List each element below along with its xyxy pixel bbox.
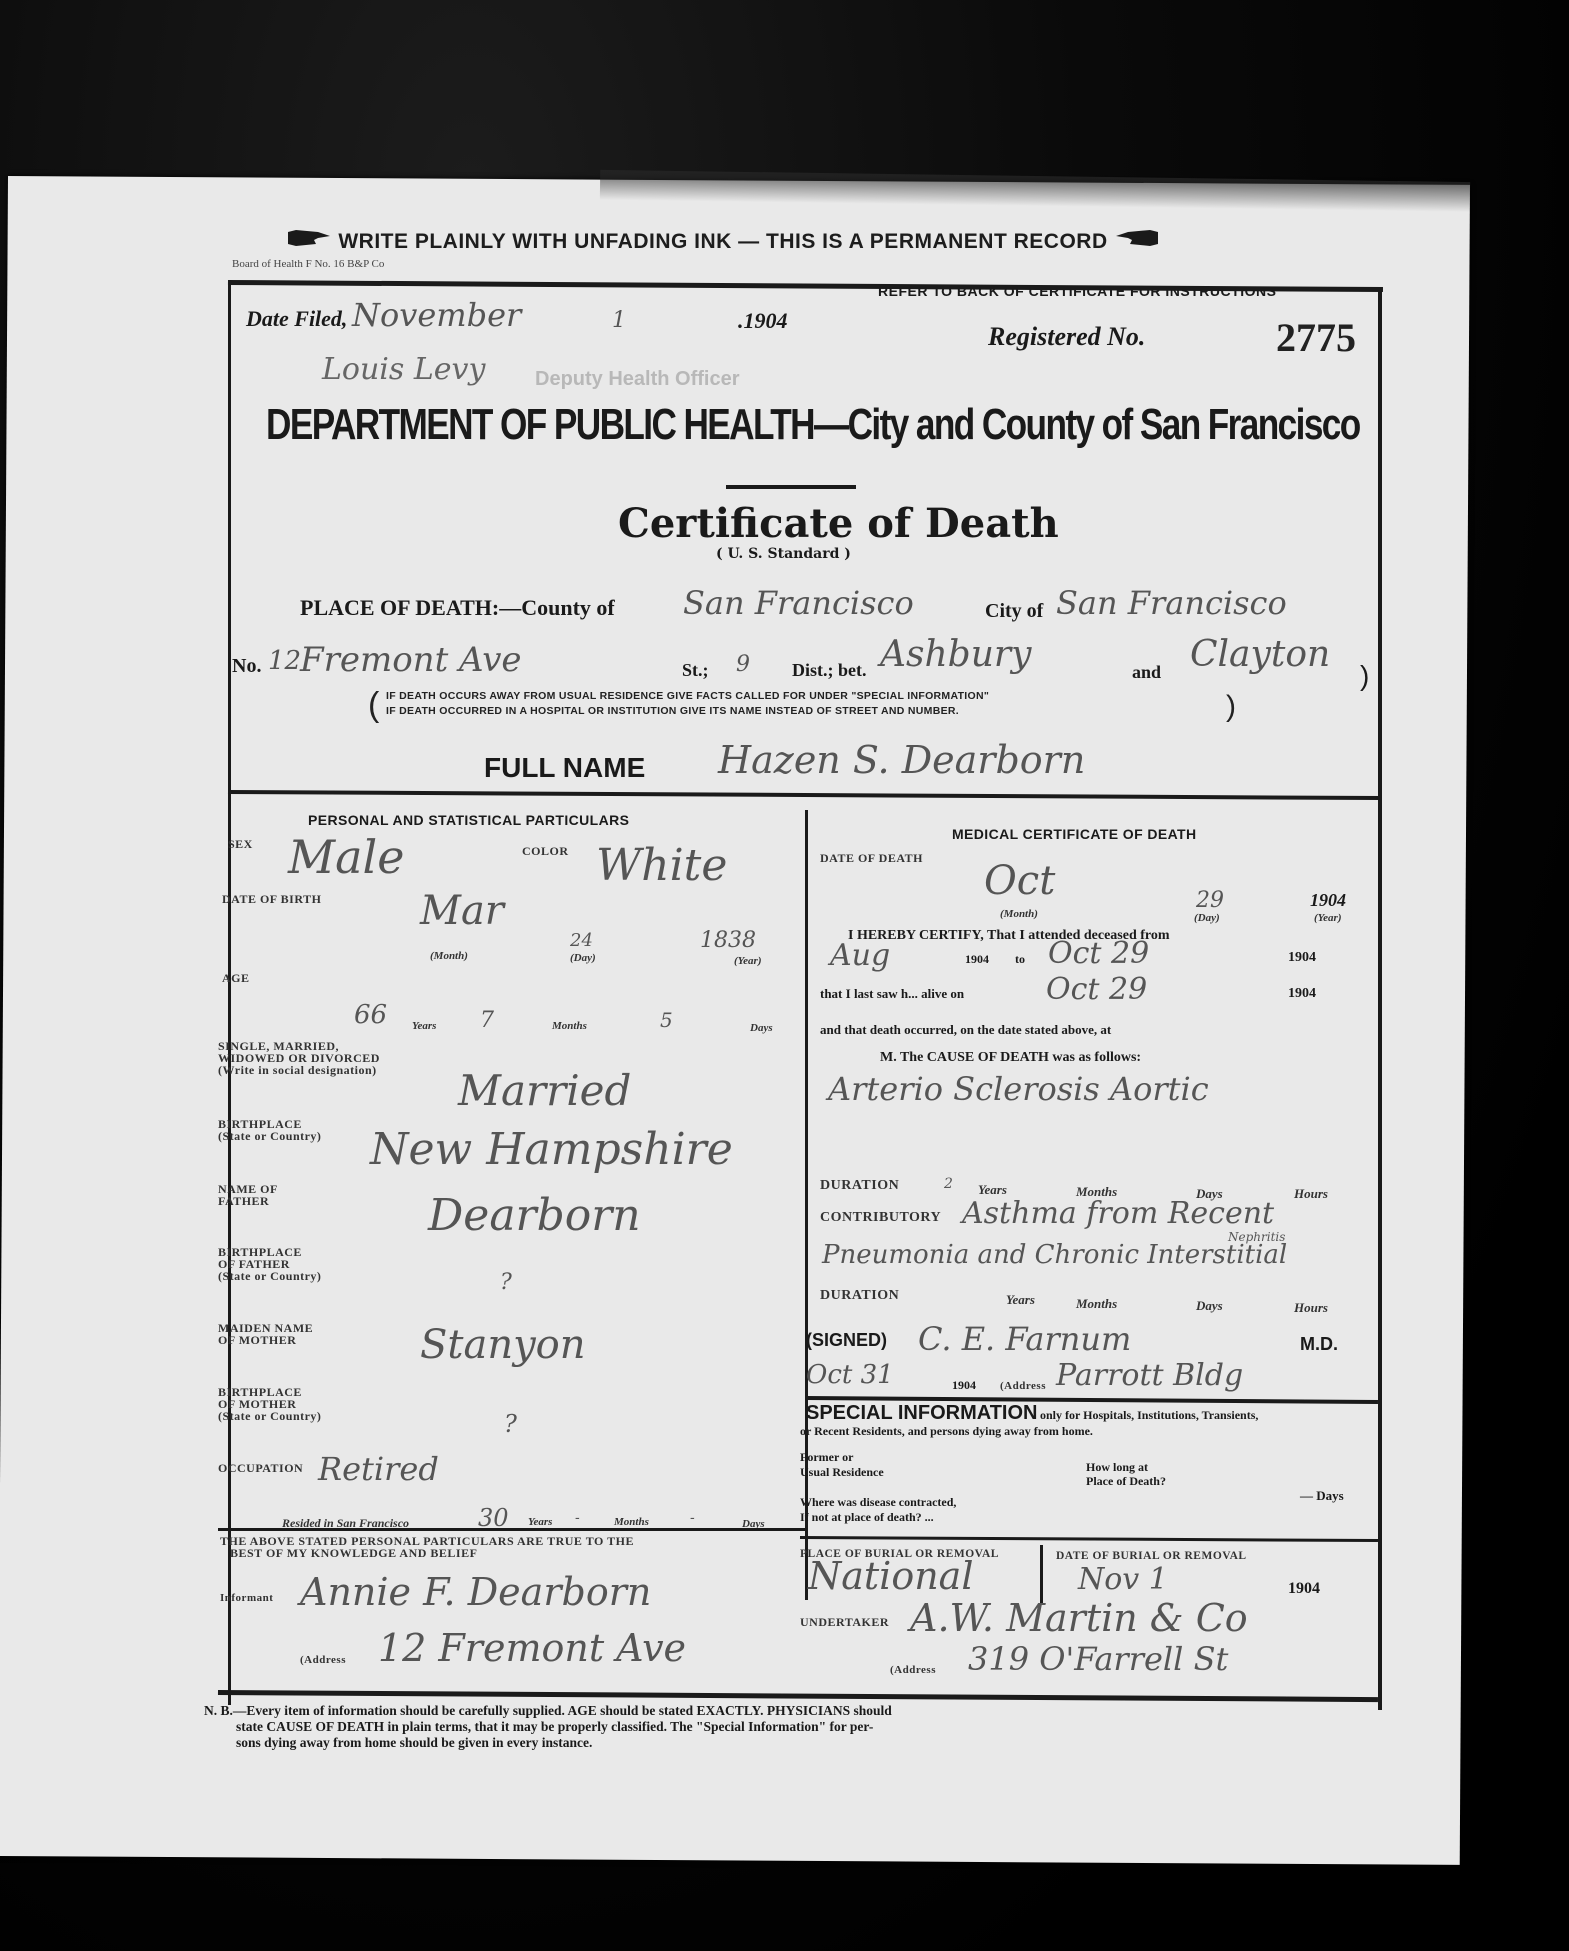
- informant-value: Annie F. Dearborn: [300, 1570, 651, 1614]
- age-label: AGE: [222, 972, 250, 984]
- street-name: Fremont Ave: [300, 640, 522, 680]
- date-filed-day: 1: [612, 308, 626, 333]
- former-label-2: Usual Residence: [800, 1465, 884, 1480]
- burial-date: Nov 1: [1078, 1562, 1168, 1597]
- occupation-label: OCCUPATION: [218, 1462, 303, 1474]
- street-number: 12: [268, 646, 301, 676]
- marital-value: Married: [458, 1066, 631, 1115]
- attended-from: Aug: [830, 938, 890, 973]
- contributory-label: CONTRIBUTORY: [820, 1212, 941, 1224]
- special-note-1: only for Hospitals, Institutions, Transi…: [1040, 1408, 1258, 1423]
- attended-to-year: 1904: [1288, 950, 1316, 966]
- undertaker-address-label: (Address: [890, 1664, 936, 1676]
- to-label: to: [1015, 952, 1025, 967]
- sex-value: Male: [288, 830, 404, 884]
- and-label: and: [1132, 662, 1161, 683]
- between-street-1: Ashbury: [880, 634, 1031, 675]
- place-of-death-label: PLACE OF DEATH:—County of: [300, 595, 615, 621]
- dod-label: DATE OF DEATH: [820, 852, 923, 864]
- informant-address-label: (Address: [300, 1654, 346, 1666]
- contracted-label-1: Where was disease contracted,: [800, 1495, 956, 1510]
- department-title: DEPARTMENT OF PUBLIC HEALTH—City and Cou…: [266, 400, 1306, 450]
- dist-label: Dist.; bet.: [792, 660, 867, 681]
- st-label: St.;: [682, 660, 709, 681]
- footer-line-1: N. B.—Every item of information should b…: [204, 1703, 892, 1719]
- color-value: White: [596, 840, 727, 891]
- date-filed-label: Date Filed,: [246, 306, 347, 332]
- md-label: M.D.: [1300, 1334, 1338, 1355]
- last-saw-year: 1904: [1288, 986, 1316, 1002]
- birthplace-value: New Hampshire: [370, 1124, 733, 1175]
- ward-value: 9: [736, 652, 750, 677]
- banner-text: WRITE PLAINLY WITH UNFADING INK — THIS I…: [338, 230, 1107, 253]
- age-months-caption: Months: [552, 1020, 587, 1032]
- resided-days: -: [690, 1510, 695, 1526]
- physician-address: Parrott Bldg: [1056, 1358, 1243, 1393]
- how-long-label-1: How long at: [1086, 1460, 1148, 1475]
- occupation-value: Retired: [318, 1450, 439, 1488]
- contributory-line-2: Pneumonia and Chronic Interstitial: [822, 1240, 1287, 1270]
- special-heading: SPECIAL INFORMATION: [806, 1402, 1037, 1425]
- informant-address: 12 Fremont Ave: [378, 1626, 686, 1670]
- footer-line-3: sons dying away from home should be give…: [236, 1735, 592, 1751]
- burial-year: 1904: [1288, 1580, 1320, 1598]
- full-name-value: Hazen S. Dearborn: [718, 738, 1085, 782]
- date-filed-month: November: [352, 296, 521, 334]
- medical-heading: MEDICAL CERTIFICATE OF DEATH: [952, 826, 1197, 842]
- city-value: San Francisco: [1056, 584, 1287, 622]
- former-label-1: Former or: [800, 1450, 853, 1465]
- duration2-months-caption: Months: [1076, 1296, 1117, 1312]
- dob-day-caption: (Day): [570, 952, 596, 964]
- officer-signature: Louis Levy: [322, 352, 485, 387]
- dob-year-caption: (Year): [734, 955, 762, 967]
- signed-physician: C. E. Farnum: [918, 1320, 1131, 1358]
- cause-text: M. The CAUSE OF DEATH was as follows:: [880, 1050, 1141, 1066]
- dob-label: DATE OF BIRTH: [222, 893, 321, 905]
- special-note-2: or Recent Residents, and persons dying a…: [800, 1424, 1093, 1439]
- certificate-title: Certificate of Death: [618, 500, 1059, 547]
- resided-years-caption: Years: [528, 1516, 552, 1528]
- duration2-days-caption: Days: [1196, 1298, 1223, 1314]
- color-label: COLOR: [522, 845, 569, 857]
- personal-heading: PERSONAL AND STATISTICAL PARTICULARS: [308, 812, 629, 828]
- banner-line: WRITE PLAINLY WITH UNFADING INK — THIS I…: [288, 228, 1158, 254]
- attended-to: Oct 29: [1048, 936, 1149, 971]
- burial-date-divider: [1040, 1545, 1043, 1603]
- paren-close-note: ): [1226, 690, 1236, 724]
- physician-address-label: (Address: [1000, 1380, 1046, 1392]
- duration-label: DURATION: [820, 1180, 899, 1192]
- father-bp-label-3: (State or Country): [218, 1270, 321, 1282]
- dod-day-caption: (Day): [1194, 912, 1220, 924]
- contracted-label-2: If not at place of death? ...: [800, 1510, 934, 1525]
- signed-date: Oct 31: [806, 1360, 894, 1390]
- note-line-1: IF DEATH OCCURS AWAY FROM USUAL RESIDENC…: [386, 690, 989, 702]
- marital-label-3: (Write in social designation): [218, 1064, 377, 1076]
- duration2-years-caption: Years: [1006, 1292, 1035, 1308]
- father-bp-value: ?: [500, 1270, 512, 1295]
- duration2-label: DURATION: [820, 1290, 899, 1302]
- county-value: San Francisco: [683, 584, 914, 622]
- street-no-label: No.: [232, 655, 261, 678]
- dod-year-caption: (Year): [1314, 912, 1342, 924]
- officer-title: Deputy Health Officer: [535, 368, 739, 391]
- footer-nb-label: N. B.—: [204, 1703, 246, 1718]
- dob-year: 1838: [700, 928, 756, 953]
- dod-year: 1904: [1310, 890, 1346, 911]
- dod-month-caption: (Month): [1000, 908, 1038, 920]
- dob-month-caption: (Month): [430, 950, 468, 962]
- sex-label: SEX: [228, 838, 253, 850]
- age-days: 5: [660, 1008, 673, 1032]
- footer-line-2: state CAUSE OF DEATH in plain terms, tha…: [236, 1719, 873, 1735]
- burial-place: National: [808, 1554, 974, 1598]
- dod-month: Oct: [984, 858, 1055, 904]
- duration-years: 2: [944, 1176, 953, 1192]
- age-years-caption: Years: [412, 1020, 436, 1032]
- pointing-hand-icon: [288, 228, 332, 254]
- standard-subtitle: ( U. S. Standard ): [716, 546, 851, 562]
- undertaker-label: UNDERTAKER: [800, 1616, 889, 1628]
- undertaker-address: 319 O'Farrell St: [968, 1640, 1228, 1678]
- resided-months-caption: Months: [614, 1516, 649, 1528]
- footer-line-1-text: Every item of information should be care…: [246, 1703, 891, 1718]
- age-months: 7: [480, 1008, 494, 1033]
- attended-from-year: 1904: [965, 952, 989, 967]
- father-value: Dearborn: [428, 1190, 641, 1241]
- between-street-2: Clayton: [1190, 634, 1330, 675]
- undertaker-value: A.W. Martin & Co: [910, 1596, 1248, 1640]
- dob-month: Mar: [420, 888, 504, 934]
- city-label: City of: [985, 600, 1043, 623]
- paren-close: ): [1360, 660, 1369, 692]
- age-years: 66: [354, 1000, 387, 1030]
- dob-day: 24: [570, 930, 593, 951]
- full-name-label: FULL NAME: [484, 752, 645, 784]
- informant-label: Informant: [220, 1592, 273, 1604]
- signed-year: 1904: [952, 1378, 976, 1393]
- mother-value: Stanyon: [420, 1322, 586, 1368]
- how-long-days: — Days: [1300, 1488, 1344, 1504]
- pointing-hand-icon-right: [1114, 228, 1158, 254]
- father-label-2: FATHER: [218, 1195, 269, 1207]
- registered-label: Registered No.: [988, 322, 1145, 352]
- duration2-hours-caption: Hours: [1294, 1300, 1328, 1316]
- signed-label: (SIGNED): [806, 1330, 887, 1351]
- duration-hours-caption: Hours: [1294, 1186, 1328, 1202]
- mother-label-2: OF MOTHER: [218, 1334, 296, 1346]
- contributory-line-1: Asthma from Recent: [962, 1196, 1274, 1231]
- occurred-text: and that death occurred, on the date sta…: [820, 1022, 1111, 1038]
- column-divider: [805, 810, 808, 1600]
- printer-line: Board of Health F No. 16 B&P Co: [232, 258, 384, 270]
- registered-number: 2775: [1276, 314, 1356, 361]
- form-right-border: [1378, 290, 1382, 1710]
- last-saw-label: that I last saw h... alive on: [820, 986, 964, 1002]
- age-days-caption: Days: [750, 1022, 773, 1034]
- how-long-label-2: Place of Death?: [1086, 1474, 1166, 1489]
- birthplace-label-2: (State or Country): [218, 1130, 321, 1142]
- resided-months: -: [575, 1510, 580, 1526]
- form-left-border: [228, 280, 231, 1705]
- dod-day: 29: [1196, 888, 1224, 913]
- burial-date-label: DATE of BURIAL or REMOVAL: [1056, 1550, 1247, 1562]
- note-line-2: IF DEATH OCCURRED IN A HOSPITAL OR INSTI…: [386, 705, 959, 717]
- informant-statement-2: BEST OF MY KNOWLEDGE AND BELIEF: [230, 1547, 477, 1559]
- last-saw-value: Oct 29: [1046, 972, 1147, 1007]
- mother-bp-label-3: (State or Country): [218, 1410, 321, 1422]
- informant-divider: [218, 1528, 806, 1531]
- date-filed-year: .1904: [738, 308, 788, 334]
- mother-bp-value: ?: [504, 1410, 517, 1438]
- title-divider: [726, 485, 856, 489]
- paren-open: (: [368, 686, 379, 725]
- cause-value: Arterio Sclerosis Aortic: [828, 1070, 1209, 1108]
